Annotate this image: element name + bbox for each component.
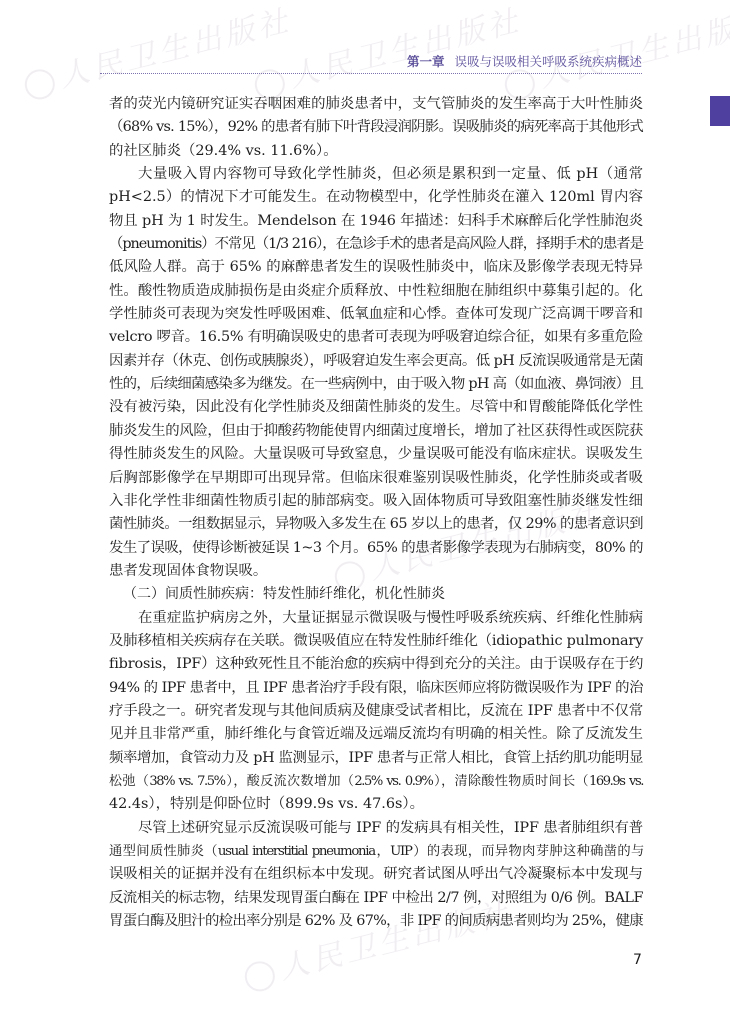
text-line: pH<2.5）的情况下才可能发生。在动物模型中，化学性肺炎在灌入 120ml 胃…	[109, 186, 643, 209]
text-line: 后胸部影像学在早期即可出现异常。但临床很难鉴别误吸性肺炎，化学性肺炎或者吸	[109, 467, 643, 490]
text-line: velcro 啰音。16.5% 有明确误吸史的患者可表现为呼吸窘迫综合征，如果有…	[109, 326, 643, 349]
publisher-logo-icon	[22, 66, 58, 102]
text-line: （68% vs. 15%），92% 的患者有肺下叶背段浸润阴影。误吸肺炎的病死率…	[109, 116, 643, 139]
text-line: 肺炎发生的风险，但由于抑酸药物能使胃内细菌过度增长，增加了社区获得性或医院获	[109, 420, 643, 443]
text-line: 性的，后续细菌感染多为继发。在一些病例中，由于吸入物 pH 高（如血液、鼻饲液）…	[109, 373, 643, 396]
section-heading: （二）间质性肺疾病：特发性肺纤维化，机化性肺炎	[109, 583, 643, 606]
publisher-logo-icon	[242, 958, 278, 994]
text-line: 见并且非常严重，肺纤维化与食管近端及远端反流均有明确的相关性。除了反流发生	[109, 723, 643, 746]
text-line: 在重症监护病房之外，大量证据显示微误吸与慢性呼吸系统疾病、纤维化性肺病	[109, 607, 643, 630]
text-line: 42.4s），特别是仰卧位时（899.9s vs. 47.6s）。	[109, 793, 643, 816]
text-line: 入非化学性非细菌性物质引起的肺部病变。吸入固体物质可导致阻塞性肺炎继发性细	[109, 490, 643, 513]
publisher-watermark: 人民卫生出版社	[19, 0, 296, 104]
header-dotted-rule	[100, 73, 642, 74]
text-line: 胃蛋白酶及胆汁的检出率分别是 62% 及 67%，非 IPF 的间质病患者则均为…	[109, 910, 643, 933]
text-line: 学性肺炎可表现为突发性呼吸困难、低氧血症和心悸。查体可发现广泛高调干啰音和	[109, 303, 643, 326]
page-body: 者的荧光内镜研究证实吞咽困难的肺炎患者中，支气管肺炎的发生率高于大叶性肺炎（68…	[109, 93, 643, 933]
text-line: 误吸相关的证据并没有在组织标本中发现。研究者试图从呼出气冷凝聚标本中发现与	[109, 863, 643, 886]
chapter-thumb-tab	[710, 96, 730, 126]
text-line: 得性肺炎发生的风险。大量误吸可导致窒息，少量误吸可能没有临床症状。误吸发生	[109, 443, 643, 466]
text-line: 松弛（38% vs. 7.5%），酸反流次数增加（2.5% vs. 0.9%），…	[109, 770, 643, 793]
text-line: 尽管上述研究显示反流误吸可能与 IPF 的发病具有相关性，IPF 患者肺组织有普	[109, 817, 643, 840]
text-line: 菌性肺炎。一组数据显示，异物吸入多发生在 65 岁以上的患者，仅 29% 的患者…	[109, 513, 643, 536]
text-line: 低风险人群。高于 65% 的麻醉患者发生的误吸性肺炎中，临床及影像学表现无特异	[109, 256, 643, 279]
text-line: （pneumonitis）不常见（1/3 216），在急诊手术的患者是高风险人群…	[109, 233, 643, 256]
text-line: 疗手段之一。研究者发现与其他间质病及健康受试者相比，反流在 IPF 患者中不仅常	[109, 700, 643, 723]
text-line: fibrosis，IPF）这种致死性且不能治愈的疾病中得到充分的关注。由于误吸存…	[109, 653, 643, 676]
text-line: 患者发现固体食物误吸。	[109, 560, 643, 583]
text-line: 没有被污染，因此没有化学性肺炎及细菌性肺炎的发生。尽管中和胃酸能降低化学性	[109, 396, 643, 419]
text-line: 性。酸性物质造成肺损伤是由炎症介质释放、中性粒细胞在肺组织中募集引起的。化	[109, 280, 643, 303]
text-line: 因素并存（休克、创伤或胰腺炎），呼吸窘迫发生率会更高。低 pH 反流误吸通常是无…	[109, 350, 643, 373]
running-header: 第一章误吸与误吸相关呼吸系统疾病概述	[407, 52, 642, 70]
text-line: 物且 pH 为 1 时发生。Mendelson 在 1946 年描述：妇科手术麻…	[109, 210, 643, 233]
chapter-number: 第一章	[407, 54, 445, 69]
text-line: 的社区肺炎（29.4% vs. 11.6%）。	[109, 140, 643, 163]
text-line: 反流相关的标志物，结果发现胃蛋白酶在 IPF 中检出 2/7 例，对照组为 0/…	[109, 887, 643, 910]
page-number: 7	[633, 952, 642, 968]
chapter-title: 误吸与误吸相关呼吸系统疾病概述	[454, 54, 642, 69]
text-line: 者的荧光内镜研究证实吞咽困难的肺炎患者中，支气管肺炎的发生率高于大叶性肺炎	[109, 93, 643, 116]
text-line: 94% 的 IPF 患者中，且 IPF 患者治疗手段有限，临床医师应将防微误吸作…	[109, 677, 643, 700]
text-line: 及肺移植相关疾病存在关联。微误吸值应在特发性肺纤维化（idiopathic pu…	[109, 630, 643, 653]
text-line: 通型间质性肺炎（usual interstitial pneumonia，UIP…	[109, 840, 643, 863]
text-line: 发生了误吸，使得诊断被延误 1~3 个月。65% 的患者影像学表现为右肺病变，8…	[109, 537, 643, 560]
text-line: 大量吸入胃内容物可导致化学性肺炎，但必须是累积到一定量、低 pH（通常	[109, 163, 643, 186]
text-line: 频率增加，食管动力及 pH 监测显示，IPF 患者与正常人相比，食管上括约肌功能…	[109, 747, 643, 770]
